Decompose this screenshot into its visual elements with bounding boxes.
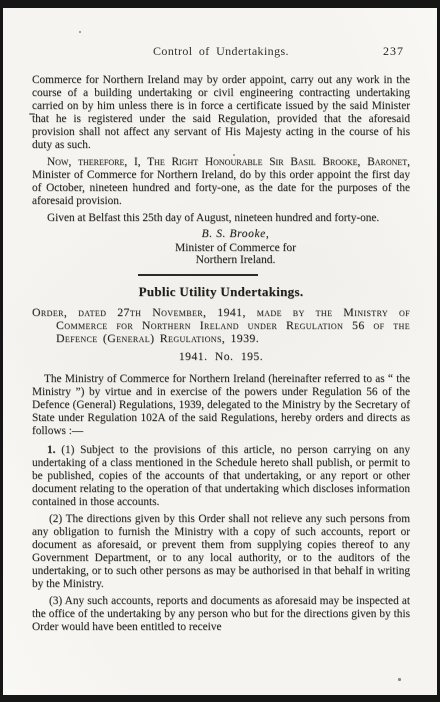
paragraph-continuation: Commerce for Northern Ireland may by ord… [32, 74, 410, 152]
section-title: Public Utility Undertakings. [32, 284, 410, 300]
paragraph-article-1-1: 1. (1) Subject to the provisions of this… [32, 444, 410, 509]
signature-block: B. S. Brooke, Minister of Commerce for N… [133, 228, 338, 267]
now-therefore-rest: Minister of Commerce for Northern Irelan… [32, 169, 410, 207]
scan-speck [29, 113, 35, 115]
section-divider-rule [138, 274, 258, 276]
scan-speck [79, 31, 81, 33]
paragraph-now-therefore: Now, therefore, I, The Right Honourable … [32, 156, 410, 208]
order-caption: Order, dated 27th November, 1941, made b… [32, 306, 410, 345]
signature-title-line-2: Northern Ireland. [133, 254, 338, 267]
signature-name: B. S. Brooke, [133, 228, 338, 241]
page-header: Control of Undertakings. 237 [32, 44, 410, 58]
paragraph-article-1-3: (3) Any such accounts, reports and docum… [32, 595, 410, 634]
article-1-sub1-text: (1) Subject to the provisions of this ar… [32, 444, 410, 508]
paragraph-preamble: The Ministry of Commerce for Northern Ir… [32, 373, 410, 438]
order-citation: 1941. No. 195. [32, 350, 410, 363]
scan-speck [398, 678, 401, 681]
running-header: Control of Undertakings. [153, 44, 289, 58]
paragraph-article-1-2: (2) The directions given by this Order s… [32, 513, 410, 591]
page-number: 237 [383, 44, 404, 59]
paragraph-given-at: Given at Belfast this 25th day of August… [32, 212, 410, 225]
now-therefore-smallcaps: Now, therefore, I, The Right Honourable … [47, 156, 410, 168]
scanned-document-page: Control of Undertakings. 237 Commerce fo… [0, 0, 440, 702]
scan-speck [233, 154, 235, 156]
signature-title-line-1: Minister of Commerce for [133, 242, 338, 255]
